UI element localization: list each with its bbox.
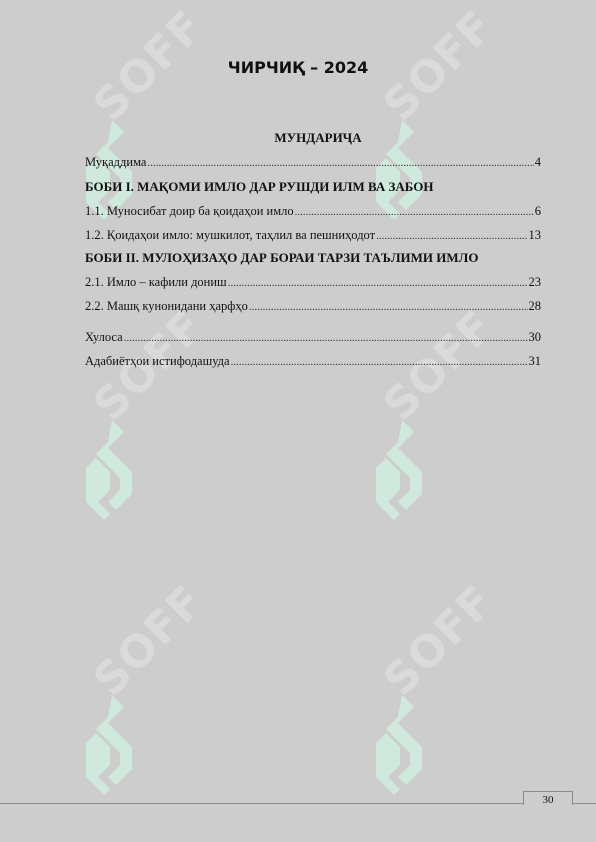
leader-dots	[147, 157, 533, 169]
toc-entry-label: 2.2. Машқ кунонидани ҳарфҳо	[85, 299, 248, 314]
toc-entry-label: Муқаддима	[85, 155, 146, 170]
page-number: 30	[523, 791, 573, 805]
toc-entry[interactable]: Адабиётҳои истифодашуда31	[85, 354, 541, 369]
toc-entry-page: 31	[529, 354, 542, 369]
toc-entry-label: 1.1. Муносибат доир ба қоидаҳои имло	[85, 204, 294, 219]
toc-entry[interactable]: Муқаддима4	[85, 155, 541, 170]
toc-entry[interactable]: 1.1. Муносибат доир ба қоидаҳои имло6	[85, 204, 541, 219]
toc-entry[interactable]: 1.2. Қоидаҳои имло: мушкилот, таҳлил ва …	[85, 228, 541, 243]
footer-divider	[0, 803, 596, 804]
toc-entry[interactable]: 2.2. Машқ кунонидани ҳарфҳо28	[85, 299, 541, 314]
leader-dots	[228, 277, 528, 289]
toc-entry-page: 28	[529, 299, 542, 314]
leader-dots	[231, 356, 528, 368]
toc-entry-label: Хулоса	[85, 330, 123, 345]
toc-chapter-heading[interactable]: БОБИ I. МАҚОМИ ИМЛО ДАР РУШДИ ИЛМ ВА ЗАБ…	[85, 179, 433, 195]
soff-logo-icon	[370, 420, 430, 520]
toc-title: МУНДАРИҶА	[0, 130, 596, 146]
toc-chapter-heading[interactable]: БОБИ II. МУЛОҲИЗАҲО ДАР БОРАИ ТАРЗИ ТАЪЛ…	[85, 250, 478, 266]
toc-entry-page: 13	[529, 228, 542, 243]
leader-dots	[124, 332, 528, 344]
soff-logo-icon	[80, 420, 140, 520]
toc-entry[interactable]: 2.1. Имло – кафили дониш23	[85, 275, 541, 290]
leader-dots	[376, 230, 527, 242]
toc-entry-page: 4	[535, 155, 541, 170]
watermark-text: SOFF	[84, 576, 214, 706]
leader-dots	[295, 206, 534, 218]
toc-entry-label: 1.2. Қоидаҳои имло: мушкилот, таҳлил ва …	[85, 228, 375, 243]
watermark-text: SOFF	[374, 576, 504, 706]
soff-logo-icon	[370, 695, 430, 795]
leader-dots	[249, 301, 528, 313]
toc-entry-page: 6	[535, 204, 541, 219]
toc-entry-label: 2.1. Имло – кафили дониш	[85, 275, 227, 290]
soff-logo-icon	[80, 695, 140, 795]
toc-entry[interactable]: Хулоса30	[85, 330, 541, 345]
toc-entry-page: 23	[529, 275, 542, 290]
toc-entry-page: 30	[529, 330, 542, 345]
toc-entry-label: Адабиётҳои истифодашуда	[85, 354, 230, 369]
city-year-heading: ЧИРЧИҚ – 2024	[0, 58, 596, 77]
